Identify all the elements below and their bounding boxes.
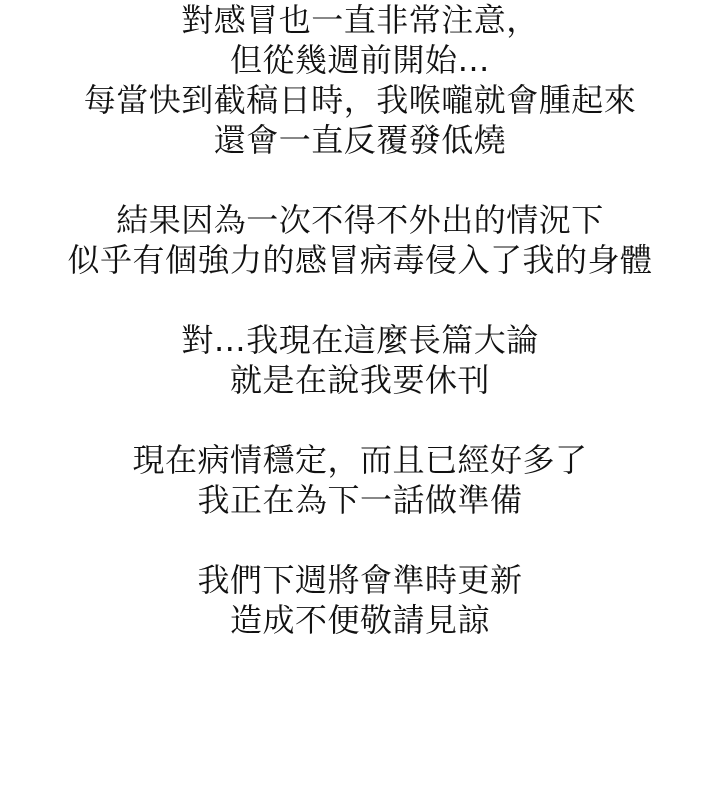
text-line: 造成不便敬請見諒 [0, 600, 720, 640]
announcement-text-block: 對感冒也一直非常注意， 但從幾週前開始… 每當快到截稿日時，我喉嚨就會腫起來 還… [0, 0, 720, 640]
paragraph-hiatus-notice: 對…我現在這麼長篇大論 就是在說我要休刊 [0, 320, 720, 400]
paragraph-next-update: 我們下週將會準時更新 造成不便敬請見諒 [0, 560, 720, 640]
text-line: 我們下週將會準時更新 [0, 560, 720, 600]
text-line: 每當快到截稿日時，我喉嚨就會腫起來 [0, 80, 720, 120]
text-line: 結果因為一次不得不外出的情況下 [0, 200, 720, 240]
paragraph-virus-infection: 結果因為一次不得不外出的情況下 似乎有個強力的感冒病毒侵入了我的身體 [0, 200, 720, 280]
text-line: 似乎有個強力的感冒病毒侵入了我的身體 [0, 240, 720, 280]
text-line: 對感冒也一直非常注意， [0, 0, 720, 40]
text-line: 對…我現在這麼長篇大論 [0, 320, 720, 360]
paragraph-recovery-status: 現在病情穩定，而且已經好多了 我正在為下一話做準備 [0, 440, 720, 520]
paragraph-cold-caution: 對感冒也一直非常注意， 但從幾週前開始… 每當快到截稿日時，我喉嚨就會腫起來 還… [0, 0, 720, 160]
text-line: 就是在說我要休刊 [0, 360, 720, 400]
text-line: 現在病情穩定，而且已經好多了 [0, 440, 720, 480]
text-line: 我正在為下一話做準備 [0, 480, 720, 520]
text-line: 還會一直反覆發低燒 [0, 120, 720, 160]
text-line: 但從幾週前開始… [0, 40, 720, 80]
announcement-page: 對感冒也一直非常注意， 但從幾週前開始… 每當快到截稿日時，我喉嚨就會腫起來 還… [0, 0, 720, 800]
